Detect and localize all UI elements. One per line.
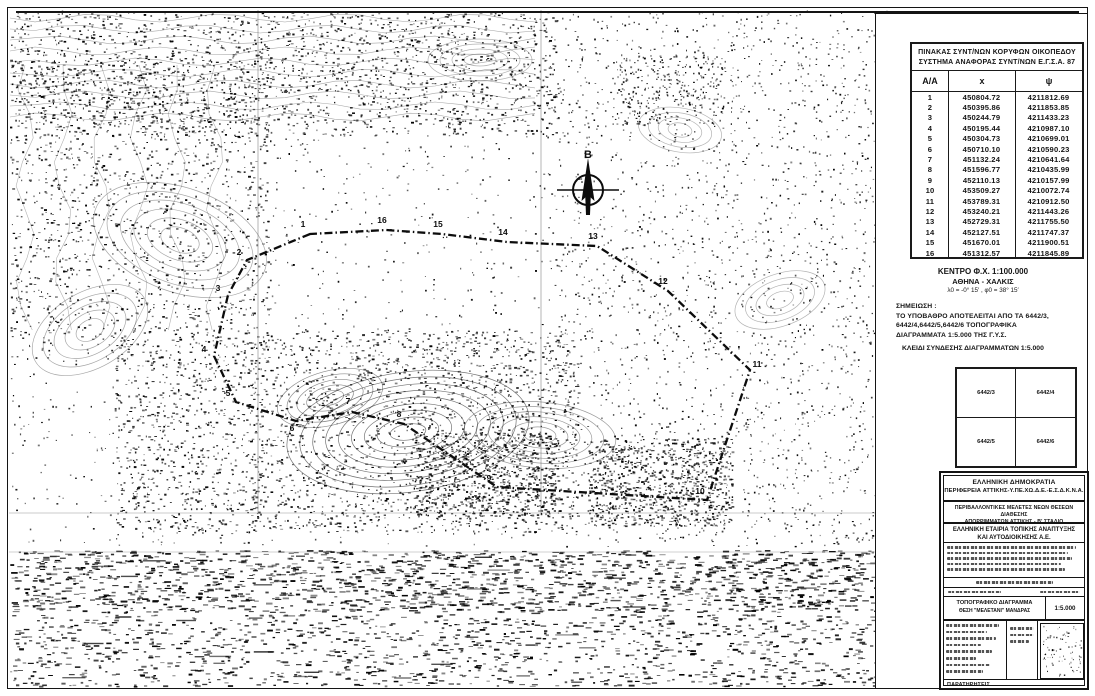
- scanned-topographic-sheet: 12345678910111213141516 B ΠΙΝΑΚΑΣ ΣΥΝΤ/Ν…: [0, 0, 1095, 696]
- page-border: [7, 7, 1088, 689]
- page-border-top-line: [16, 11, 1079, 13]
